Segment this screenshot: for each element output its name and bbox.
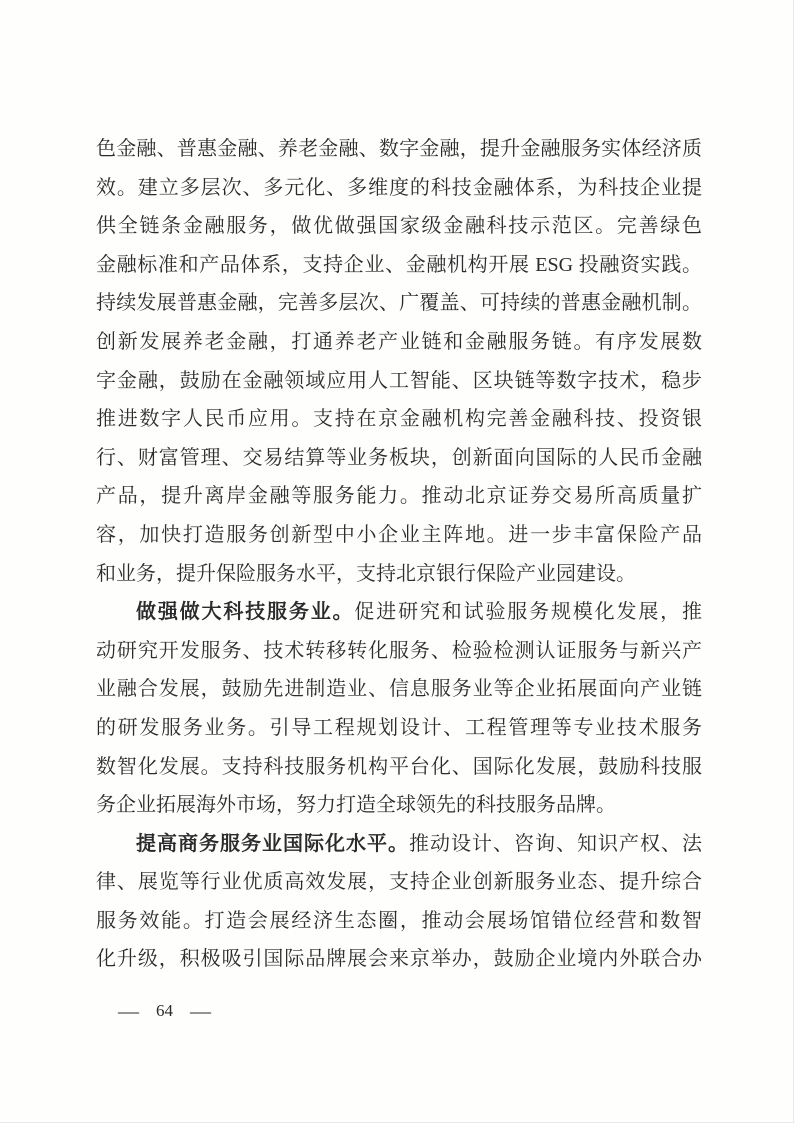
text-line: 效。建立多层次、多元化、多维度的科技金融体系，为科技企业提 bbox=[96, 169, 702, 208]
page-footer: — 64 — bbox=[118, 999, 211, 1023]
footer-right-dash: — bbox=[190, 999, 211, 1023]
text-line: 务企业拓展海外市场，努力打造全球领先的科技服务品牌。 bbox=[96, 786, 702, 825]
text-line: 数智化发展。支持科技服务机构平台化、国际化发展，鼓励科技服 bbox=[96, 748, 702, 787]
paragraph: 做强做大科技服务业。促进研究和试验服务规模化发展，推动研究开发服务、技术转移转化… bbox=[96, 593, 702, 825]
paragraph: 色金融、普惠金融、养老金融、数字金融，提升金融服务实体经济质效。建立多层次、多元… bbox=[96, 130, 702, 593]
text-line: 持续发展普惠金融，完善多层次、广覆盖、可持续的普惠金融机制。 bbox=[96, 284, 702, 323]
text-line: 容，加快打造服务创新型中小企业主阵地。进一步丰富保险产品 bbox=[96, 516, 702, 555]
line-text: 业融合发展，鼓励先进制造业、信息服务业等企业拓展面向产业链 bbox=[96, 678, 702, 700]
line-text: 推进数字人民币应用。支持在京金融机构完善金融科技、投资银 bbox=[96, 408, 702, 430]
footer-left-dash: — bbox=[118, 999, 139, 1023]
line-text: 效。建立多层次、多元化、多维度的科技金融体系，为科技企业提 bbox=[96, 177, 702, 199]
text-line: 律、展览等行业优质高效发展，支持企业创新服务业态、提升综合 bbox=[96, 863, 702, 902]
line-text: 行、财富管理、交易结算等业务板块，创新面向国际的人民币金融 bbox=[96, 447, 702, 469]
text-line: 化升级，积极吸引国际品牌展会来京举办，鼓励企业境内外联合办 bbox=[96, 940, 702, 979]
paragraph: 提高商务服务业国际化水平。推动设计、咨询、知识产权、法律、展览等行业优质高效发展… bbox=[96, 825, 702, 979]
line-text: 动研究开发服务、技术转移转化服务、检验检测认证服务与新兴产 bbox=[96, 640, 702, 662]
line-text: 容，加快打造服务创新型中小企业主阵地。进一步丰富保险产品 bbox=[96, 524, 702, 546]
line-text: 持续发展普惠金融，完善多层次、广覆盖、可持续的普惠金融机制。 bbox=[96, 292, 702, 314]
document-page: 色金融、普惠金融、养老金融、数字金融，提升金融服务实体经济质效。建立多层次、多元… bbox=[0, 0, 794, 1123]
text-line: 推进数字人民币应用。支持在京金融机构完善金融科技、投资银 bbox=[96, 400, 702, 439]
text-line: 业融合发展，鼓励先进制造业、信息服务业等企业拓展面向产业链 bbox=[96, 670, 702, 709]
line-text: 字金融，鼓励在金融领域应用人工智能、区块链等数字技术，稳步 bbox=[96, 370, 702, 392]
line-text: 律、展览等行业优质高效发展，支持企业创新服务业态、提升综合 bbox=[96, 871, 702, 893]
paragraph-lead-bold: 做强做大科技服务业。 bbox=[136, 601, 354, 623]
line-text: 产品，提升离岸金融等服务能力。推动北京证券交易所高质量扩 bbox=[96, 485, 702, 507]
line-text: 的研发服务业务。引导工程规划设计、工程管理等专业技术服务 bbox=[96, 717, 702, 739]
text-line: 行、财富管理、交易结算等业务板块，创新面向国际的人民币金融 bbox=[96, 439, 702, 478]
line-text: 数智化发展。支持科技服务机构平台化、国际化发展，鼓励科技服 bbox=[96, 756, 702, 778]
line-text: 金融标准和产品体系，支持企业、金融机构开展 ESG 投融资实践。 bbox=[96, 254, 702, 276]
line-text: 色金融、普惠金融、养老金融、数字金融，提升金融服务实体经济质 bbox=[96, 138, 702, 160]
paragraph-lead-bold: 提高商务服务业国际化水平。 bbox=[136, 833, 409, 855]
text-line: 和业务，提升保险服务水平，支持北京银行保险产业园建设。 bbox=[96, 555, 702, 594]
text-line: 做强做大科技服务业。促进研究和试验服务规模化发展，推 bbox=[96, 593, 702, 632]
text-line: 创新发展养老金融，打通养老产业链和金融服务链。有序发展数 bbox=[96, 323, 702, 362]
text-line: 字金融，鼓励在金融领域应用人工智能、区块链等数字技术，稳步 bbox=[96, 362, 702, 401]
page-number: 64 bbox=[156, 999, 173, 1023]
line-text: 和业务，提升保险服务水平，支持北京银行保险产业园建设。 bbox=[96, 563, 636, 585]
text-line: 产品，提升离岸金融等服务能力。推动北京证券交易所高质量扩 bbox=[96, 477, 702, 516]
line-text: 创新发展养老金融，打通养老产业链和金融服务链。有序发展数 bbox=[96, 331, 702, 353]
line-text: 推动设计、咨询、知识产权、法 bbox=[409, 833, 702, 855]
line-text: 供全链条金融服务，做优做强国家级金融科技示范区。完善绿色 bbox=[96, 215, 702, 237]
text-line: 供全链条金融服务，做优做强国家级金融科技示范区。完善绿色 bbox=[96, 207, 702, 246]
line-text: 促进研究和试验服务规模化发展，推 bbox=[354, 601, 702, 623]
text-line: 色金融、普惠金融、养老金融、数字金融，提升金融服务实体经济质 bbox=[96, 130, 702, 169]
text-line: 提高商务服务业国际化水平。推动设计、咨询、知识产权、法 bbox=[96, 825, 702, 864]
text-line: 的研发服务业务。引导工程规划设计、工程管理等专业技术服务 bbox=[96, 709, 702, 748]
text-line: 动研究开发服务、技术转移转化服务、检验检测认证服务与新兴产 bbox=[96, 632, 702, 671]
line-text: 务企业拓展海外市场，努力打造全球领先的科技服务品牌。 bbox=[96, 794, 616, 816]
text-line: 金融标准和产品体系，支持企业、金融机构开展 ESG 投融资实践。 bbox=[96, 246, 702, 285]
text-line: 服务效能。打造会展经济生态圈，推动会展场馆错位经营和数智 bbox=[96, 902, 702, 941]
document-body: 色金融、普惠金融、养老金融、数字金融，提升金融服务实体经济质效。建立多层次、多元… bbox=[96, 130, 702, 979]
line-text: 服务效能。打造会展经济生态圈，推动会展场馆错位经营和数智 bbox=[96, 910, 702, 932]
line-text: 化升级，积极吸引国际品牌展会来京举办，鼓励企业境内外联合办 bbox=[96, 948, 702, 970]
